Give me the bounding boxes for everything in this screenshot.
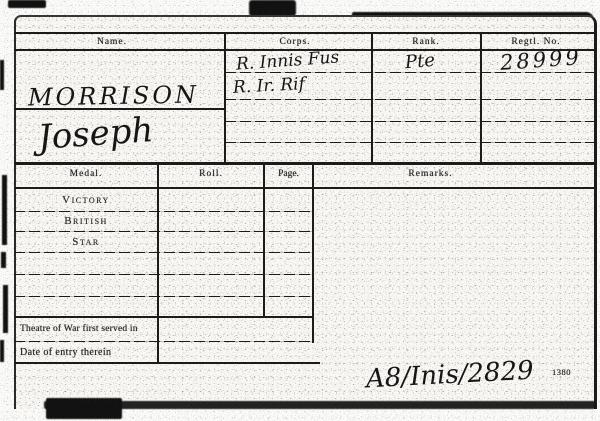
form-number: 1380 (552, 367, 582, 377)
card-bottom-edge-bar (44, 401, 595, 409)
scan-mark-left-edge-3 (1, 252, 6, 268)
rule-corps-row-4 (225, 142, 594, 143)
rule-v-roll-page (263, 163, 265, 317)
rule-medal-row-4 (14, 274, 313, 275)
rule-medal-table-top (14, 162, 594, 165)
scan-smudge-top-left (8, 0, 46, 8)
medal-row-star: Star (14, 236, 158, 248)
remarks-column-header: Remarks. (313, 169, 548, 179)
rule-corps-row-2 (225, 99, 594, 100)
forename-signature: Joseph (37, 110, 155, 158)
scan-mark-left-edge-4 (3, 285, 8, 333)
scan-mark-left-edge-2 (2, 175, 7, 245)
scan-smudge-bottom-left (46, 398, 122, 419)
rule-footer-bottom (14, 362, 320, 364)
scanned-medal-card-page: Name. Corps. Rank. Regtl. No. R. Innis F… (0, 0, 600, 421)
scan-mark-left-edge-1 (0, 60, 4, 90)
scan-mark-left-edge-5 (0, 340, 4, 362)
rule-medal-row-2 (14, 231, 313, 232)
date-of-entry-label: Date of entry therein (20, 347, 160, 358)
medal-column-header: Medal. (14, 169, 158, 179)
surname-entry: MORRISON (28, 81, 199, 112)
rule-medal-row-6 (14, 316, 313, 318)
rule-medal-row-5 (14, 296, 313, 297)
rule-theatre-row (14, 341, 313, 342)
rule-under-medal-header (14, 187, 594, 189)
rule-v-page-remarks (312, 163, 314, 343)
rule-top-inner (14, 32, 594, 34)
corps-column-header: Corps. (225, 37, 365, 47)
rule-corps-row-3 (225, 121, 594, 122)
rule-v-rank-regtl (480, 33, 482, 163)
theatre-of-war-label: Theatre of War first served in (20, 324, 160, 334)
rule-medal-row-3 (14, 252, 313, 253)
corps-entry-2: R. Ir. Rif (233, 74, 306, 98)
roll-column-header: Roll. (158, 169, 264, 179)
medal-row-victory: Victory (14, 194, 158, 206)
medal-row-british: British (14, 215, 158, 227)
scan-smudge-top-middle (249, 0, 296, 16)
rule-medal-row-1 (14, 211, 313, 212)
page-column-header: Page. (264, 169, 313, 179)
rule-v-name-corps (224, 33, 226, 163)
name-column-header: Name. (14, 37, 210, 47)
rank-column-header: Rank. (372, 37, 480, 47)
rank-entry: Pte (404, 50, 436, 74)
rule-v-corps-rank (371, 33, 373, 163)
